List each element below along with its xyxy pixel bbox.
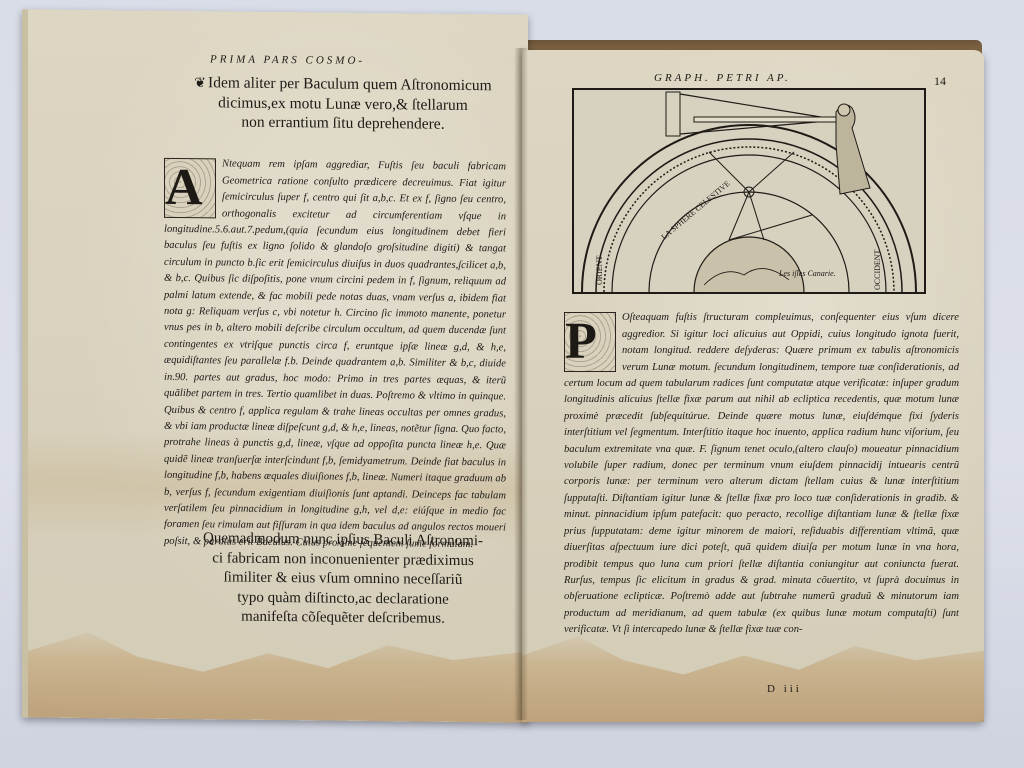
page-number: 14 bbox=[934, 74, 946, 89]
signature-mark: D iii bbox=[767, 683, 802, 695]
body-paragraph: POſteaquam fuſtis ſtructuram compleuimus… bbox=[564, 294, 959, 639]
decorated-initial: P bbox=[564, 312, 616, 372]
water-stain-bottom bbox=[28, 622, 528, 722]
svg-text:OCCIDENT: OCCIDENT bbox=[873, 249, 882, 290]
closing-line: manifeſta cõſequẽter deſcribemus. bbox=[241, 609, 445, 627]
water-stain-bottom bbox=[522, 627, 984, 722]
svg-text:Les iſles Canarie.: Les iſles Canarie. bbox=[778, 269, 836, 278]
svg-text:ORIENT: ORIENT bbox=[595, 256, 604, 285]
svg-text:LA SPHERE CELESTIVE: LA SPHERE CELESTIVE bbox=[660, 179, 732, 242]
closing-line: typo quàm diſtincto,ac declaratione bbox=[237, 589, 449, 607]
paragraph-text: Oſteaquam fuſtis ſtructuram compleuimus,… bbox=[564, 312, 959, 635]
open-book: PRIMA PARS COSMO- ❦Idem aliter per Bacul… bbox=[0, 0, 1024, 768]
decorated-initial: A bbox=[164, 158, 216, 219]
closing-line: Quemadmodum nunc ipſius Baculi Aſtronomi… bbox=[203, 530, 483, 549]
title-line: non errantium ſitu deprehendere. bbox=[241, 114, 444, 133]
title-line: Idem aliter per Baculum quem Aſtronomicu… bbox=[208, 74, 492, 94]
book-gutter bbox=[514, 48, 528, 720]
right-page: GRAPH. PETRI AP. 14 bbox=[522, 50, 984, 722]
title-line: dicimus,ex motu Lunæ vero,& ſtellarum bbox=[218, 94, 468, 114]
woodcut-illustration: ORIENT OCCIDENT LA SPHERE CELESTIVE Les … bbox=[572, 88, 926, 294]
closing-line: ci fabricam non inconuenienter prædiximu… bbox=[212, 550, 474, 569]
section-title: ❦Idem aliter per Baculum quem Aſtronomic… bbox=[178, 73, 508, 134]
running-head: PRIMA PARS COSMO- bbox=[210, 53, 365, 67]
fleuron-icon: ❦ bbox=[194, 76, 206, 91]
closing-paragraph: Quemadmodum nunc ipſius Baculi Aſtronomi… bbox=[178, 529, 508, 630]
body-paragraph: ANtequam rem ipſam aggrediar, Fuſtis ſeu… bbox=[164, 140, 506, 554]
running-head: GRAPH. PETRI AP. bbox=[654, 72, 791, 84]
closing-line: ſimiliter & eius vſum omnino neceſſariũ bbox=[224, 569, 463, 587]
astronomical-staff-diagram: ORIENT OCCIDENT LA SPHERE CELESTIVE Les … bbox=[574, 90, 924, 292]
left-page: PRIMA PARS COSMO- ❦Idem aliter per Bacul… bbox=[22, 9, 528, 722]
